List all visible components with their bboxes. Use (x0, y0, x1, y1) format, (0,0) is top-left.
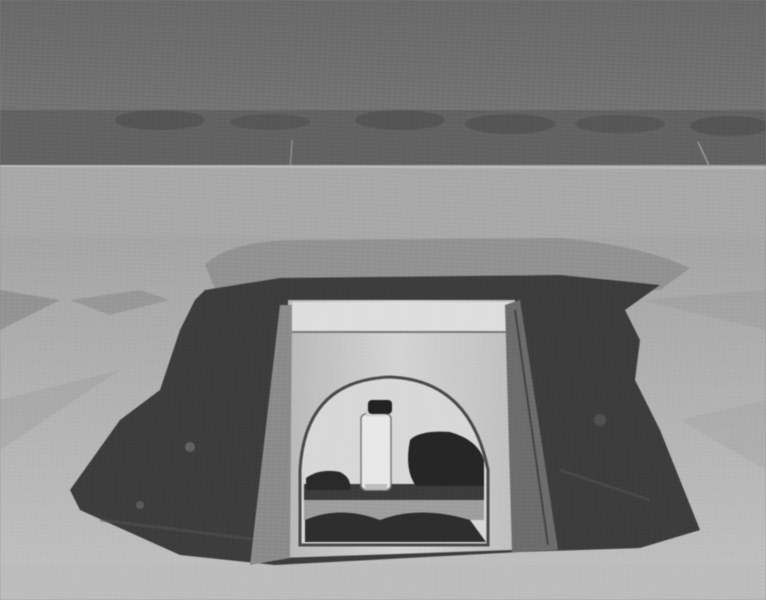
photograph: Open rectangular pit in a paved ground s… (0, 0, 766, 600)
bottle-cap (368, 400, 392, 414)
horizon-band (0, 110, 766, 172)
bottle (361, 400, 392, 490)
wall (0, 165, 766, 240)
scene (0, 0, 766, 600)
